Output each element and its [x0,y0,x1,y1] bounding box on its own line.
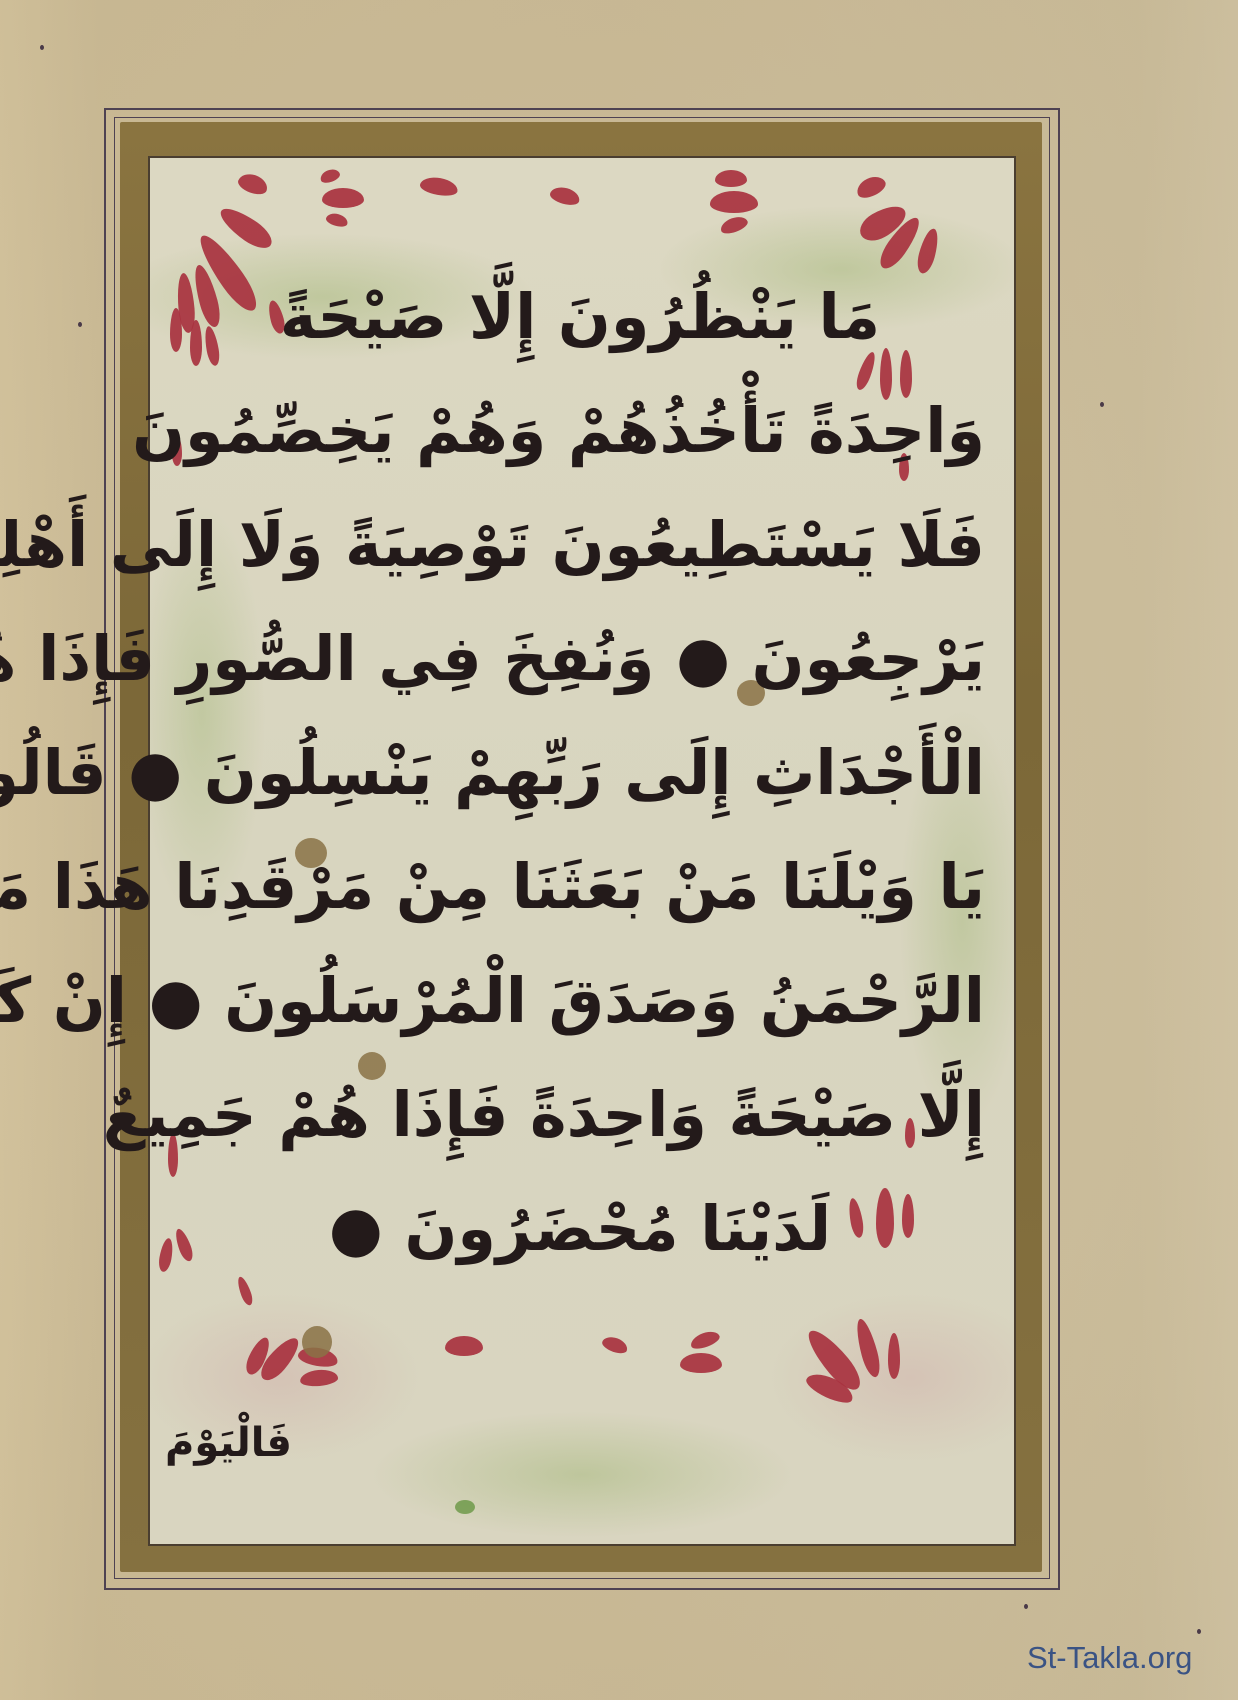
petal-ornament [325,211,349,228]
petal-ornament [888,1333,900,1379]
text-line-9: لَدَيْنَا مُحْضَرُونَ ● [175,1172,985,1286]
text-line-4: يَرْجِعُونَ ● وَنُفِخَ فِي الصُّورِ فَإِ… [175,602,985,716]
text-line-5: الْأَجْدَاثِ إِلَى رَبِّهِمْ يَنْسِلُونَ… [175,716,985,830]
ink-speck [78,322,82,327]
text-line-6: يَا وَيْلَنَا مَنْ بَعَثَنَا مِنْ مَرْقَ… [175,830,985,944]
petal-ornament [600,1334,629,1356]
site-watermark: St-Takla.org [1027,1640,1192,1676]
water-stain [302,1326,332,1358]
ink-speck [40,45,44,50]
petal-ornament [419,175,459,198]
petal-ornament [157,1237,175,1273]
text-line-3: فَلَا يَسْتَطِيعُونَ تَوْصِيَةً وَلَا إِ… [175,488,985,602]
petal-ornament [715,170,747,187]
petal-ornament [710,191,758,213]
petal-ornament [689,1328,722,1351]
ink-speck [1100,402,1104,407]
petal-ornament [319,167,342,185]
calligraphy-text-block: مَا يَنْظُرُونَ إِلَّا صَيْحَةً وَاحِدَة… [175,260,985,1286]
text-line-2: وَاحِدَةً تَأْخُذُهُمْ وَهُمْ يَخِصِّمُو… [175,374,985,488]
text-line-7: الرَّحْمَنُ وَصَدَقَ الْمُرْسَلُونَ ● إِ… [175,944,985,1058]
petal-ornament [236,170,270,197]
green-paint-spot [455,1500,475,1514]
petal-ornament [215,202,277,254]
petal-ornament [680,1353,722,1373]
ink-speck [1024,1604,1028,1609]
petal-ornament [718,214,749,237]
text-line-1: مَا يَنْظُرُونَ إِلَّا صَيْحَةً [175,260,985,374]
petal-ornament [445,1336,483,1356]
petal-ornament [853,1317,884,1379]
text-line-8: إِلَّا صَيْحَةً وَاحِدَةً فَإِذَا هُمْ ج… [175,1058,985,1172]
petal-ornament [854,173,889,202]
petal-ornament [548,184,581,207]
petal-ornament [299,1368,338,1387]
catchword: فَالْيَوْمَ [165,1420,292,1466]
petal-ornament [322,188,364,208]
ink-speck [1197,1629,1201,1634]
